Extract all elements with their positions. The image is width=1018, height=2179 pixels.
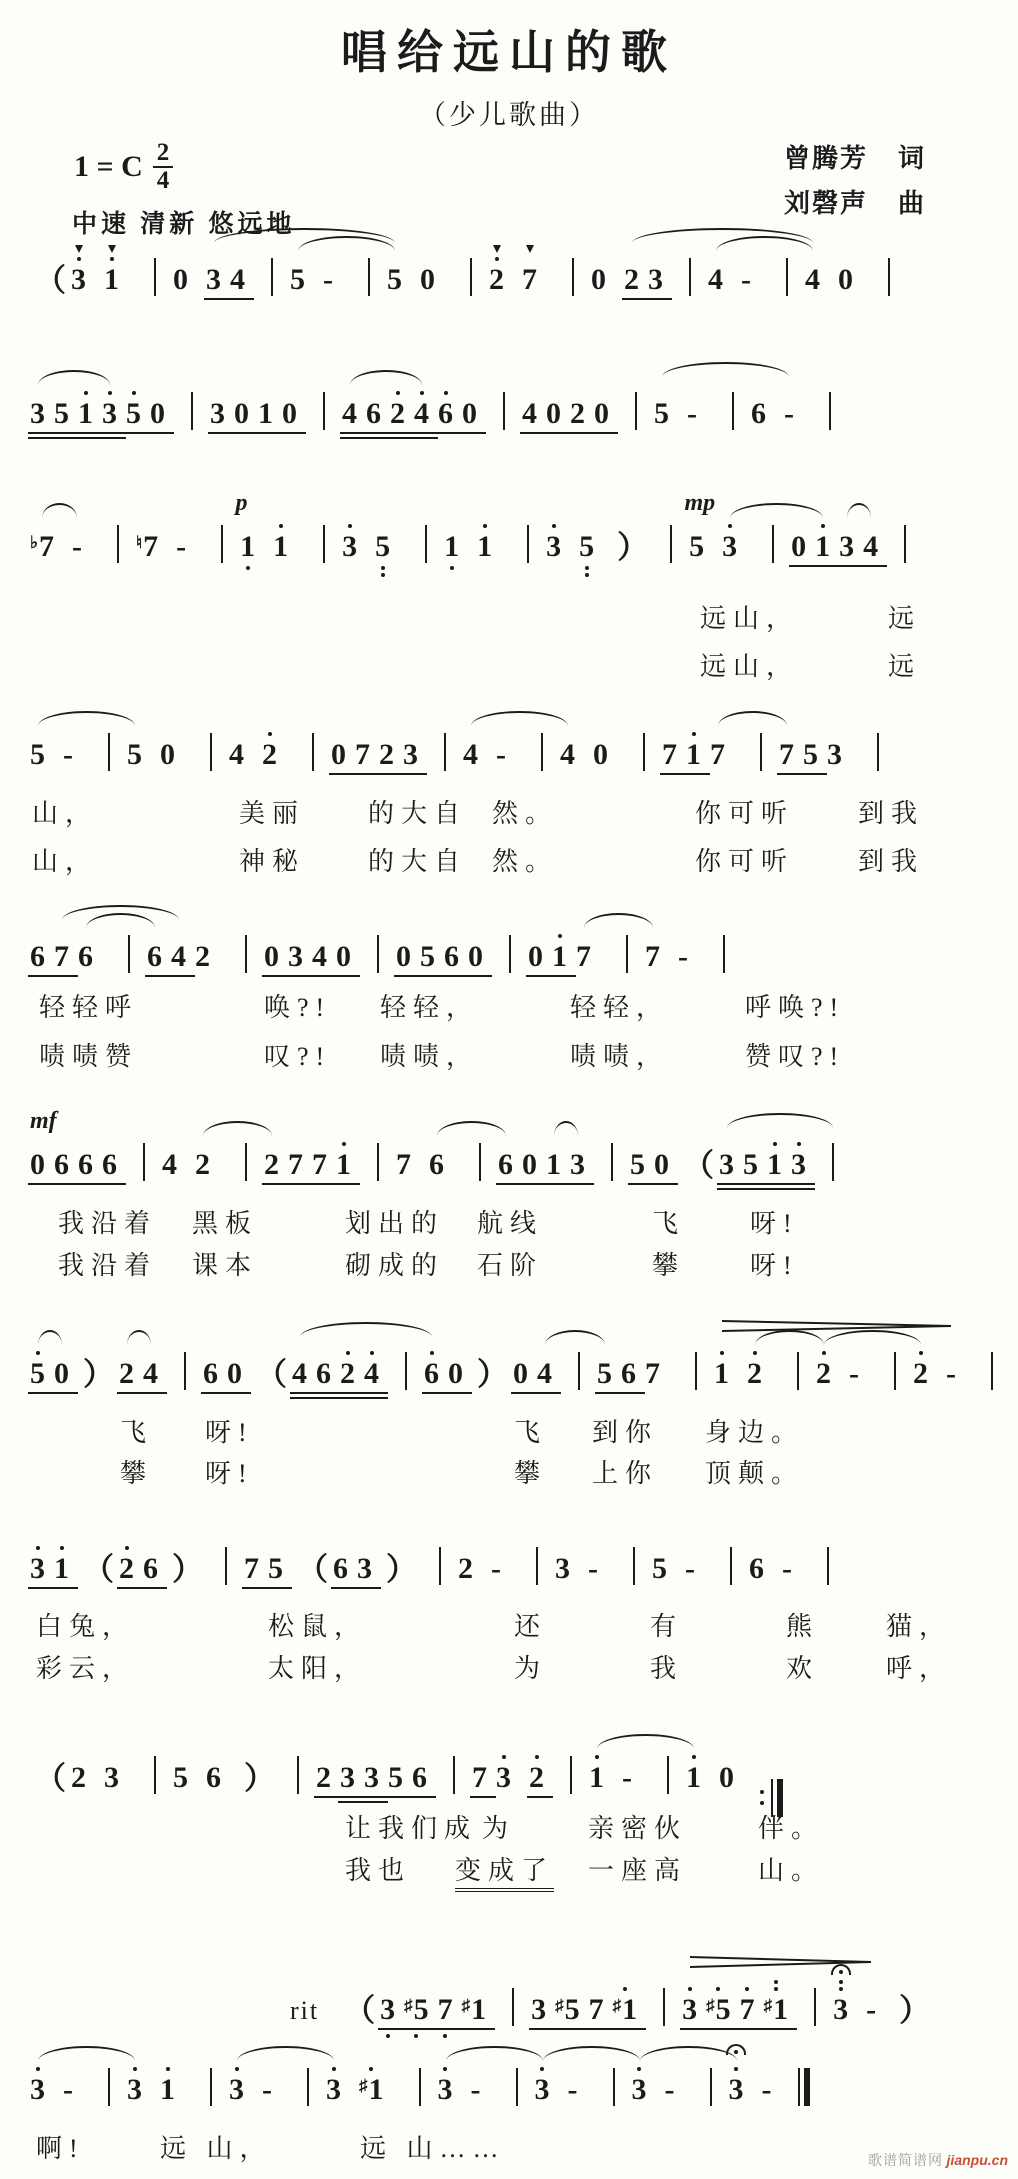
note-token: 6 (621, 1359, 636, 1389)
note-digit: 6 (621, 1357, 636, 1390)
phrase-paren: （ (344, 1995, 375, 2026)
note-digit: 1 (552, 940, 567, 973)
lyric-segment: 让我们成 (345, 1808, 477, 1845)
lyric-segment: 攀 (514, 1453, 547, 1490)
beam-line (568, 432, 594, 434)
beam-line (208, 432, 234, 434)
octave-dot-above (77, 257, 81, 261)
slur-arc (584, 913, 653, 928)
octave-dot-above (595, 1755, 599, 1759)
beam-line (386, 1796, 412, 1798)
barline (191, 392, 193, 430)
note-token: 0 (719, 1763, 734, 1793)
beam-line (741, 1188, 767, 1190)
slur-arc (824, 1330, 921, 1345)
lyric-segment: 亲密伙 (588, 1808, 687, 1845)
accidental-sharp: ♯ (764, 1996, 773, 2015)
lyric-segment: 航线 (477, 1203, 543, 1240)
note-token: 0 (528, 942, 543, 972)
note-digit: 3 (364, 1761, 379, 1794)
note-token: 5 (54, 399, 69, 429)
note-token: 5 (579, 532, 594, 562)
beam-line (619, 1392, 645, 1394)
beam-line (52, 437, 78, 439)
notation-line: 066642277176601350（3513mf (30, 1109, 1002, 1181)
note-token: 4 (414, 399, 429, 429)
beam-line (442, 975, 468, 977)
note-digit: 3 (496, 1761, 511, 1794)
octave-dot-above (369, 2067, 373, 2071)
note-token: 2 (340, 1359, 355, 1389)
beam-line (646, 298, 672, 300)
barline (829, 392, 831, 430)
rest-digit: 0 (282, 397, 297, 430)
music-system: 50）2460（462460）04567122-2- (30, 1318, 1002, 1390)
barline (377, 1143, 379, 1181)
beam-line (446, 1392, 472, 1394)
note-digit: 7 (740, 1993, 755, 2026)
barline (307, 2068, 309, 2106)
time-signature-bottom: 4 (157, 168, 170, 194)
slur-arc (42, 503, 77, 518)
note-digit: 5 (565, 1993, 580, 2026)
octave-dot-above (720, 1351, 724, 1355)
rest-digit: 0 (513, 1357, 528, 1390)
note-token: 3 (546, 532, 561, 562)
composer-line: 刘磬声 曲 (784, 183, 926, 220)
note-token: 1 (815, 532, 830, 562)
repeat-dots (760, 1790, 764, 1805)
octave-dot-above (430, 1351, 434, 1355)
lyric-segment: 伴。 (758, 1808, 824, 1845)
note-digit: 3 (839, 530, 854, 563)
beam-line (765, 1188, 791, 1190)
lyric-segment: 叹?! (264, 1036, 331, 1073)
slur-arc (755, 1330, 824, 1345)
beam-line (100, 1183, 126, 1185)
notation-line: （2356）233567321-10 (30, 1722, 1002, 1817)
note-digit: 7 (472, 1761, 487, 1794)
rest-digit: 0 (462, 397, 477, 430)
lyric-segment: 唤?! (264, 987, 331, 1024)
octave-dot-above (133, 2067, 137, 2071)
beam-line (422, 1392, 448, 1394)
lyric-segment: 划出的 (345, 1203, 444, 1240)
beam-line (100, 437, 126, 439)
note-token: 3 (30, 2075, 45, 2105)
note-token: 0 (513, 1359, 528, 1389)
beam-line (622, 298, 648, 300)
note-digit: 4 (560, 738, 575, 771)
note-token: 3 (827, 740, 842, 770)
note-digit: 3 (632, 2073, 647, 2106)
octave-dot-above (773, 1142, 777, 1146)
phrase-paren: ） (899, 1995, 930, 2026)
lyric-segment: 为 (482, 1808, 515, 1845)
note-token: ♯1 (359, 2075, 384, 2105)
key-text: 1 = C (74, 150, 143, 184)
octave-dot-above (692, 732, 696, 736)
note-digit: 7 (438, 1993, 453, 2026)
note-digit: 3 (380, 1993, 395, 2026)
note-token: 3 (682, 1995, 697, 2025)
note-token: 2 (195, 1150, 210, 1180)
note-token: 0 (546, 399, 561, 429)
note-digit: 6 (412, 1761, 427, 1794)
note-token: 3 (403, 740, 418, 770)
slur-arc (38, 711, 135, 726)
note-token: 2 (458, 1554, 473, 1584)
note-token: 1 (160, 2075, 175, 2105)
note-digit: 5 (420, 940, 435, 973)
note-digit: 7 (576, 940, 591, 973)
slur-arc (237, 2046, 334, 2061)
barline (670, 525, 672, 563)
barline (312, 733, 314, 771)
beam-line (496, 1183, 522, 1185)
note-digit: 2 (816, 1357, 831, 1390)
note-token: 3 (104, 1763, 119, 1793)
rest-digit: 0 (838, 263, 853, 296)
note-digit: 5 (652, 1552, 667, 1585)
note-token: 0 (654, 1150, 669, 1180)
note-digit: 4 (522, 397, 537, 430)
sheet-music-page: 唱给远山的歌 （少儿歌曲） 1 = C 2 4 曾腾芳 词 刘磬声 曲 中速 清… (0, 0, 1018, 2179)
note-token: 7 (779, 740, 794, 770)
octave-dot-above (728, 524, 732, 528)
lyric-segment: 飞 (120, 1412, 153, 1449)
note-digit: 5 (387, 263, 402, 296)
beam-line (466, 975, 492, 977)
octave-dot-above (108, 391, 112, 395)
rest-digit: 0 (336, 940, 351, 973)
note-token: 0 (594, 399, 609, 429)
rest-digit: 0 (54, 1357, 69, 1390)
note-token: ♯5 (555, 1995, 580, 2025)
note-digit: 2 (316, 1761, 331, 1794)
hairpin-dim (722, 1320, 952, 1332)
note-token: 3 (535, 2075, 550, 2105)
note-token: 6 (102, 1150, 117, 1180)
note-digit: 7 (143, 530, 158, 563)
note-token: 2 (264, 1150, 279, 1180)
lyricist-name: 曾腾芳 (784, 138, 868, 175)
lyric-segment: 轻轻， (570, 987, 669, 1024)
note-digit: 6 (498, 1148, 513, 1181)
note-digit: 1 (589, 1761, 604, 1794)
duration-dash: - (588, 1554, 598, 1584)
lyric-segment: 欢 (786, 1648, 819, 1685)
barline (425, 525, 427, 563)
note-token: 4 (537, 1359, 552, 1389)
note-token: 0 (160, 740, 175, 770)
octave-dot-below (381, 573, 385, 577)
lyric-segment: 呼唤?! (745, 987, 845, 1024)
note-token: 1 (273, 532, 288, 562)
note-token: 5 (127, 740, 142, 770)
beam-line (410, 1796, 436, 1798)
note-token: ♯5 (706, 1995, 731, 2025)
beam-line (266, 1587, 292, 1589)
note-token: 2 (747, 1359, 762, 1389)
lyrics-row: 白兔，松鼠，还有熊猫， (0, 1606, 1018, 1640)
beam-line (628, 1183, 654, 1185)
note-digit: 6 (438, 397, 453, 430)
note-digit: 6 (751, 397, 766, 430)
duration-dash: - (496, 740, 506, 770)
phrase-paren: （ (297, 1554, 328, 1585)
octave-dot-above (822, 1351, 826, 1355)
note-token: 5 (126, 399, 141, 429)
beam-line (28, 437, 54, 439)
note-token: 7 (244, 1554, 259, 1584)
music-system: （310345-50270234-40 (30, 224, 1002, 296)
beam-line (256, 432, 282, 434)
note-token: 2 (119, 1359, 134, 1389)
barline (512, 1988, 514, 2026)
note-digit: 3 (827, 738, 842, 771)
note-token: 7 (438, 1995, 453, 2025)
lyrics-row: 我沿着黑板划出的航线飞呀! (0, 1203, 1018, 1237)
barline (470, 258, 472, 296)
beam-line (117, 1587, 143, 1589)
note-token: 4 (162, 1150, 177, 1180)
note-token: 2 (489, 265, 504, 295)
note-token: 0 (593, 740, 608, 770)
barline (128, 935, 130, 973)
note-token: 5 (630, 1150, 645, 1180)
beam-line (777, 773, 803, 775)
octave-dot-above (125, 1546, 129, 1550)
note-token: 3 (30, 1554, 45, 1584)
note-digit: 3 (555, 1552, 570, 1585)
beam-line (145, 975, 171, 977)
note-token: 1 (78, 399, 93, 429)
barline (633, 1547, 635, 1585)
lyrics-row: 啧啧赞叹?!啧啧，啧啧，赞叹?! (0, 1036, 1018, 1070)
octave-dot-above (268, 732, 272, 736)
hairpin-dim (690, 1956, 872, 1968)
lyric-segment: 远山， (700, 598, 799, 635)
barline (572, 258, 574, 296)
barline (225, 1547, 227, 1585)
octave-dot-above (235, 2067, 239, 2071)
lyric-segment: 黑板 (192, 1203, 258, 1240)
beam-line (741, 1183, 767, 1185)
beam-line (813, 565, 839, 567)
beam-line (587, 2028, 613, 2030)
lyric-segment: 啊! (36, 2128, 85, 2165)
octave-dot-above (692, 1755, 696, 1759)
beam-line (704, 2028, 740, 2030)
note-token: 1 (258, 399, 273, 429)
note-token: 1 (336, 1150, 351, 1180)
beam-line (717, 1188, 743, 1190)
note-digit: 1 (273, 530, 288, 563)
octave-dot-above (502, 1755, 506, 1759)
note-token: 3 (210, 399, 225, 429)
lyric-segment: 赞叹?! (745, 1036, 845, 1073)
beam-line (765, 1183, 791, 1185)
note-token: 2 (816, 1359, 831, 1389)
octave-dot-above (342, 1142, 346, 1146)
barline (667, 1756, 669, 1794)
beam-line (511, 1392, 537, 1394)
note-token: 5 (654, 399, 669, 429)
duration-dash: - (63, 2075, 73, 2105)
note-digit: 7 (312, 1148, 327, 1181)
beam-line (535, 1392, 561, 1394)
beam-line (232, 432, 258, 434)
lyrics-row: 让我们成为亲密伙伴。 (0, 1808, 1018, 1842)
beam-line (526, 975, 552, 977)
beam-line (76, 1183, 102, 1185)
note-token: 7 (472, 1763, 487, 1793)
note-digit: 4 (292, 1357, 307, 1390)
barline (578, 1352, 580, 1390)
barline (626, 935, 628, 973)
note-digit: 5 (654, 397, 669, 430)
beam-line (460, 2028, 496, 2030)
slur-arc (300, 1322, 432, 1337)
barline (527, 525, 529, 563)
barline (832, 1143, 834, 1181)
rest-digit: 0 (150, 397, 165, 430)
beam-line (331, 1587, 357, 1589)
note-digit: 3 (438, 2073, 453, 2106)
barline (271, 258, 273, 296)
notation-line: ♭7-♮7-11351135）530134pmp (30, 491, 1002, 563)
note-digit: 7 (779, 738, 794, 771)
note-digit: 3 (30, 2073, 45, 2106)
accidental-flat: ♭ (30, 533, 38, 552)
beam-line (52, 1183, 78, 1185)
note-token: 5 (290, 265, 305, 295)
note-digit: 4 (414, 397, 429, 430)
barline (405, 1352, 407, 1390)
note-digit: 2 (570, 397, 585, 430)
beam-line (290, 1397, 316, 1399)
note-token: 4 (522, 399, 537, 429)
octave-dot-above (110, 257, 114, 261)
note-token: ♯1 (764, 1995, 789, 2025)
note-digit: 2 (262, 738, 277, 771)
note-digit: 2 (195, 1148, 210, 1181)
octave-dot-below (450, 566, 454, 570)
slur-arc (640, 2046, 737, 2061)
note-token: 3 (357, 1554, 372, 1584)
octave-dot-below (585, 573, 589, 577)
note-token: 6 (203, 1359, 218, 1389)
note-digit: 2 (119, 1357, 134, 1390)
note-token: 0 (264, 942, 279, 972)
beam-line (394, 975, 420, 977)
note-digit: 6 (316, 1357, 331, 1390)
lyrics-row: 远山，远 (0, 646, 1018, 680)
note-digit: 3 (288, 940, 303, 973)
beam-line (28, 1392, 54, 1394)
lyric-segment: 呀! (750, 1203, 799, 1240)
note-digit: 5 (30, 1357, 45, 1390)
lyric-segment: 你可听 (695, 841, 794, 878)
note-digit: 5 (30, 738, 45, 771)
note-token: ♯1 (613, 1995, 638, 2025)
lyric-segment: 彩云， (36, 1648, 135, 1685)
beam-line (52, 1587, 78, 1589)
lyric-segment: 松鼠， (268, 1606, 367, 1643)
note-token: 0 (227, 1359, 242, 1389)
note-token: 4 (171, 942, 186, 972)
music-system: 31（26）75（63）2-3-5-6- (30, 1513, 1002, 1585)
note-digit: 2 (71, 1761, 86, 1794)
song-title: 唱给远山的歌 (0, 16, 1018, 82)
barline (723, 935, 725, 973)
note-digit: 5 (54, 397, 69, 430)
note-digit: 3 (719, 1148, 734, 1181)
note-token: 0 (331, 740, 346, 770)
note-digit: 7 (645, 1357, 660, 1390)
note-digit: 1 (714, 1357, 729, 1390)
lyric-segment: 一座高 (588, 1850, 687, 1887)
repeat-dot (760, 1790, 764, 1794)
note-digit: 3 (104, 1761, 119, 1794)
note-digit: 5 (126, 397, 141, 430)
lyric-segment: 呀! (205, 1412, 254, 1449)
accent-mark (526, 245, 534, 253)
note-token: 7 (740, 1995, 755, 2025)
rest-digit: 0 (396, 940, 411, 973)
lyric-segment: 到你 (592, 1412, 658, 1449)
slur-arc (554, 1121, 578, 1136)
duration-dash: - (741, 265, 751, 295)
note-digit: 1 (54, 1552, 69, 1585)
note-digit: 2 (529, 1761, 544, 1794)
accidental-sharp: ♯ (404, 1996, 413, 2015)
time-signature-top: 2 (153, 140, 174, 168)
note-token: 3 (791, 1150, 806, 1180)
note-token: 0 (173, 265, 188, 295)
barline (444, 733, 446, 771)
octave-dot-above (332, 2067, 336, 2071)
octave-dot-above (370, 1351, 374, 1355)
octave-dot-above (84, 391, 88, 395)
note-digit: 2 (747, 1357, 762, 1390)
note-digit: 7 (39, 530, 54, 563)
beam-line (148, 432, 174, 434)
beam-line (310, 1183, 336, 1185)
note-token: 1 (686, 740, 701, 770)
barline (323, 392, 325, 430)
lyric-segment: 顶颠。 (705, 1453, 804, 1490)
beam-line (652, 1183, 678, 1185)
note-digit: 2 (264, 1148, 279, 1181)
lyric-segment: 为 (514, 1648, 547, 1685)
note-digit: 6 (429, 1148, 444, 1181)
beam-line (861, 565, 887, 567)
rest-digit: 0 (654, 1148, 669, 1181)
slur-arc (545, 1330, 605, 1345)
note-token: 7 (355, 740, 370, 770)
note-token: 7 (54, 942, 69, 972)
beam-line (52, 1392, 78, 1394)
beam-line (334, 975, 360, 977)
music-system: 5-504207234-40717753 (30, 699, 1002, 771)
barline (368, 258, 370, 296)
slur-arc (543, 2046, 640, 2061)
lyrics-row: 彩云，太阳，为我欢呼， (0, 1648, 1018, 1682)
duration-dash: - (866, 1995, 876, 2025)
octave-dot-above (637, 2067, 641, 2071)
